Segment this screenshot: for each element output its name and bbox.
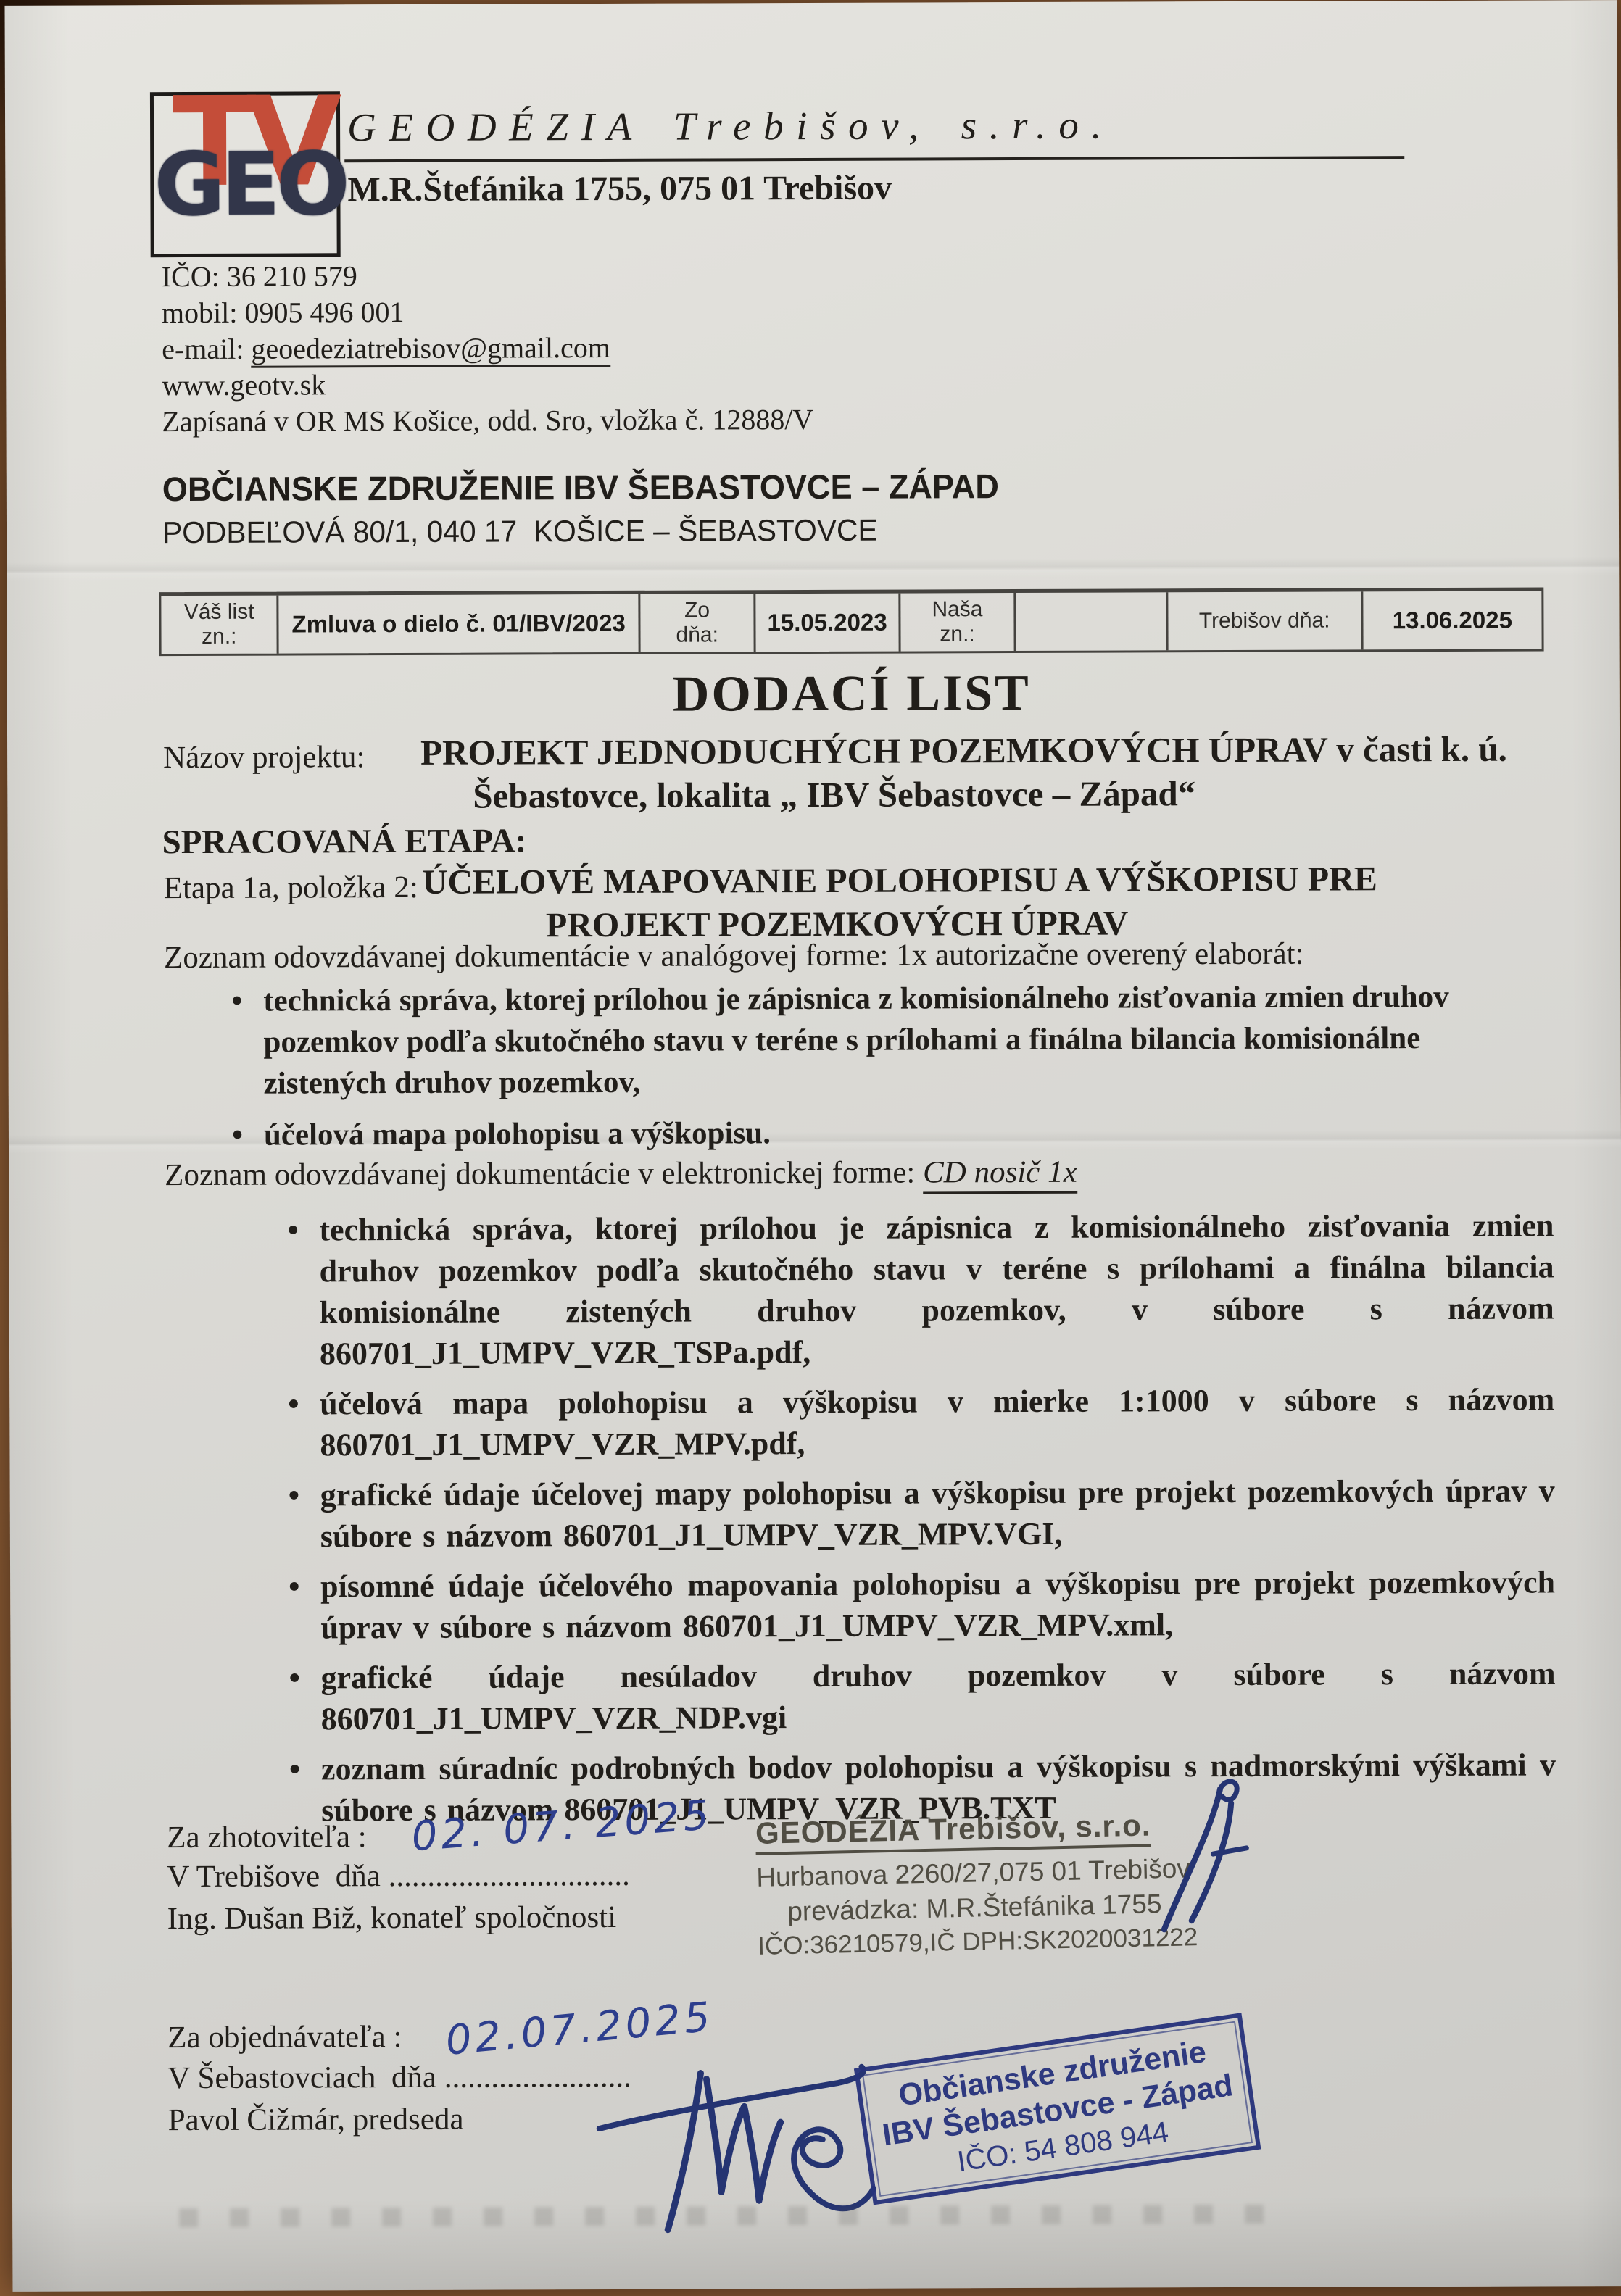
company-website: www.geotv.sk bbox=[162, 365, 813, 404]
company-name: GEODÉZIA Trebišov, s.r.o. bbox=[347, 102, 1114, 151]
stage-heading: SPRACOVANÁ ETAPA: bbox=[162, 821, 526, 862]
company-email-line: e-mail: geoedeziatrebisov@gmail.com bbox=[162, 329, 813, 367]
electronic-intro-text: Zoznam odovzdávanej dokumentácie v elekt… bbox=[165, 1155, 923, 1192]
vas-list-value: Zmluva o dielo č. 01/IBV/2023 bbox=[277, 594, 639, 654]
supplier-pen-initials bbox=[1143, 1768, 1253, 1936]
analog-bullet-list: technická správa, ktorej prílohou je záp… bbox=[230, 976, 1482, 1156]
supplier-person: Ing. Dušan Biž, konateľ spoločnosti bbox=[167, 1900, 617, 1937]
recipient-address: PODBEĽOVÁ 80/1, 040 17 KOŠICE – ŠEBASTOV… bbox=[162, 513, 878, 550]
recipient-name: OBČIANSKE ZDRUŽENIE IBV ŠEBASTOVCE – ZÁP… bbox=[162, 466, 999, 509]
electronic-bullet-3: grafické údaje účelovej mapy polohopisu … bbox=[320, 1470, 1555, 1557]
electronic-bullet-2: účelová mapa polohopisu a výškopisu v mi… bbox=[320, 1378, 1554, 1465]
analog-section-intro: Zoznam odovzdávanej dokumentácie v analó… bbox=[164, 936, 1304, 976]
tv-geo-logo: TV GEO bbox=[150, 91, 341, 257]
email-label: e-mail: bbox=[162, 333, 251, 365]
trebisov-dna-value: 13.06.2025 bbox=[1361, 591, 1541, 649]
project-name-line1: PROJEKT JEDNODUCHÝCH POZEMKOVÝCH ÚPRAV v… bbox=[420, 728, 1507, 773]
nasa-zn-label: Naša zn.: bbox=[898, 593, 1014, 652]
analog-bullet-1: technická správa, ktorej prílohou je záp… bbox=[263, 976, 1482, 1105]
supplier-place-date-line: V Trebišove dňa ........................… bbox=[167, 1858, 629, 1894]
client-stamp: Občianske združenie IBV Šebastovce - Záp… bbox=[854, 2013, 1261, 2205]
nasa-zn-value bbox=[1014, 592, 1166, 651]
logo-geo-letters: GEO bbox=[154, 134, 346, 236]
supplier-stamp-company: GEODÉZIA Trebišov, s.r.o. bbox=[755, 1808, 1151, 1855]
client-person: Pavol Čižmár, predseda bbox=[168, 2102, 464, 2138]
document-page: TV GEO GEODÉZIA Trebišov, s.r.o. M.R.Šte… bbox=[5, 0, 1621, 2292]
electronic-section-intro: Zoznam odovzdávanej dokumentácie v elekt… bbox=[165, 1155, 1077, 1193]
trebisov-dna-label: Trebišov dňa: bbox=[1166, 591, 1361, 650]
email-address: geoedeziatrebisov@gmail.com bbox=[251, 331, 610, 368]
electronic-bullet-1: technická správa, ktorej prílohou je záp… bbox=[319, 1205, 1554, 1374]
company-address: M.R.Štefánika 1755, 075 01 Trebišov bbox=[347, 168, 892, 210]
analog-bullet-2: účelová mapa polohopisu a výškopisu. bbox=[264, 1110, 1482, 1156]
stage-line1: ÚČELOVÉ MAPOVANIE POLOHOPISU A VÝŠKOPISU… bbox=[423, 859, 1377, 902]
show-through-text bbox=[179, 2205, 1266, 2227]
supplier-for-label: Za zhotoviteľa : bbox=[167, 1819, 367, 1855]
contact-block: IČO: 36 210 579 mobil: 0905 496 001 e-ma… bbox=[162, 257, 814, 440]
electronic-bullet-list: technická správa, ktorej prílohou je záp… bbox=[286, 1205, 1556, 1831]
stage-label: Etapa 1a, položka 2: bbox=[164, 870, 418, 906]
header-rule bbox=[344, 156, 1404, 162]
company-ico: IČO: 36 210 579 bbox=[162, 257, 813, 295]
company-registration: Zapísaná v OR MS Košice, odd. Sro, vložk… bbox=[162, 402, 813, 440]
project-name-line2: Šebastovce, lokalita „ IBV Šebastovce – … bbox=[473, 773, 1195, 816]
company-mobile: mobil: 0905 496 001 bbox=[162, 293, 813, 331]
project-label: Názov projektu: bbox=[163, 739, 365, 775]
paper-crease bbox=[7, 557, 1619, 581]
zo-dna-value: 15.05.2023 bbox=[754, 594, 899, 652]
reference-table: Váš list zn.: Zmluva o dielo č. 01/IBV/2… bbox=[159, 587, 1543, 656]
zo-dna-label: Zo dňa: bbox=[638, 594, 754, 652]
client-for-label: Za objednávateľa : bbox=[167, 2019, 402, 2055]
cd-carrier-note: CD nosič 1x bbox=[923, 1155, 1077, 1194]
electronic-bullet-4: písomné údaje účelového mapovania poloho… bbox=[320, 1561, 1555, 1648]
client-place-date-line: V Šebastovciach dňa ....................… bbox=[167, 2059, 631, 2096]
vas-list-label: Váš list zn.: bbox=[161, 596, 277, 654]
document-title: DODACÍ LIST bbox=[159, 662, 1544, 725]
electronic-bullet-5: grafické údaje nesúladov druhov pozemkov… bbox=[320, 1652, 1555, 1739]
